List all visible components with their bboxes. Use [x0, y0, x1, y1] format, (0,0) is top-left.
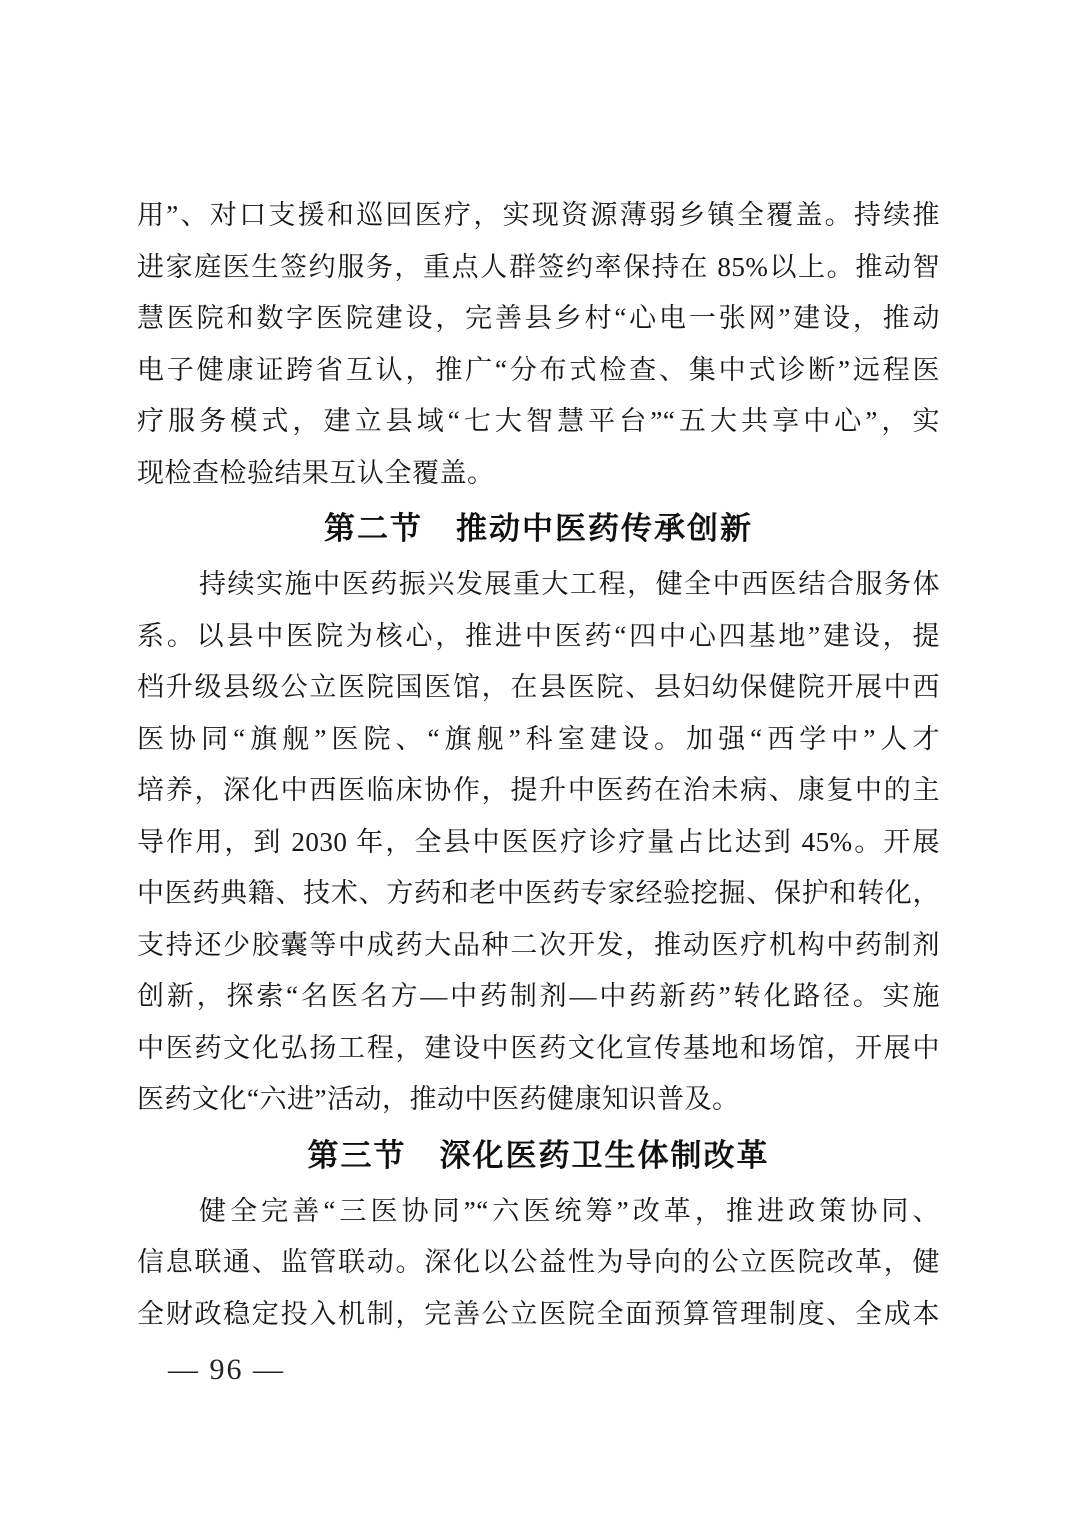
body-line: 导作用，到 2030 年，全县中医医疗诊疗量占比达到 45%。开展 [137, 817, 940, 869]
body-line: 医药文化“六进”活动，推动中医药健康知识普及。 [137, 1074, 940, 1126]
body-line: 中医药文化弘扬工程，建设中医药文化宣传基地和场馆，开展中 [137, 1023, 940, 1075]
body-line: 用”、对口支援和巡回医疗，实现资源薄弱乡镇全覆盖。持续推 [137, 190, 940, 242]
section-2-heading: 第二节 推动中医药传承创新 [137, 499, 940, 559]
body-line: 健全完善“三医协同”“六医统筹”改革，推进政策协同、 [137, 1186, 940, 1238]
body-line: 信息联通、监管联动。深化以公益性为导向的公立医院改革，健 [137, 1237, 940, 1289]
body-line: 中医药典籍、技术、方药和老中医药专家经验挖掘、保护和转化， [137, 868, 940, 920]
body-line: 现检查检验结果互认全覆盖。 [137, 448, 940, 500]
body-line: 持续实施中医药振兴发展重大工程，健全中西医结合服务体 [137, 559, 940, 611]
body-line: 慧医院和数字医院建设，完善县乡村“心电一张网”建设，推动 [137, 293, 940, 345]
body-line: 培养，深化中西医临床协作，提升中医药在治未病、康复中的主 [137, 765, 940, 817]
body-line: 医协同“旗舰”医院、“旗舰”科室建设。加强“西学中”人才 [137, 714, 940, 766]
body-line: 系。以县中医院为核心，推进中医药“四中心四基地”建设，提 [137, 611, 940, 663]
section-3-heading: 第三节 深化医药卫生体制改革 [137, 1126, 940, 1186]
body-line: 电子健康证跨省互认，推广“分布式检查、集中式诊断”远程医 [137, 345, 940, 397]
body-line: 疗服务模式，建立县域“七大智慧平台”“五大共享中心”，实 [137, 396, 940, 448]
document-page: 用”、对口支援和巡回医疗，实现资源薄弱乡镇全覆盖。持续推 进家庭医生签约服务，重… [0, 0, 1074, 1520]
body-line: 创新，探索“名医名方—中药制剂—中药新药”转化路径。实施 [137, 971, 940, 1023]
document-text-block: 用”、对口支援和巡回医疗，实现资源薄弱乡镇全覆盖。持续推 进家庭医生签约服务，重… [137, 190, 940, 1340]
body-line: 支持还少胶囊等中成药大品种二次开发，推动医疗机构中药制剂 [137, 920, 940, 972]
page-number: — 96 — [168, 1352, 285, 1388]
body-line: 进家庭医生签约服务，重点人群签约率保持在 85%以上。推动智 [137, 242, 940, 294]
body-line: 全财政稳定投入机制，完善公立医院全面预算管理制度、全成本 [137, 1289, 940, 1341]
body-line: 档升级县级公立医院国医馆，在县医院、县妇幼保健院开展中西 [137, 662, 940, 714]
